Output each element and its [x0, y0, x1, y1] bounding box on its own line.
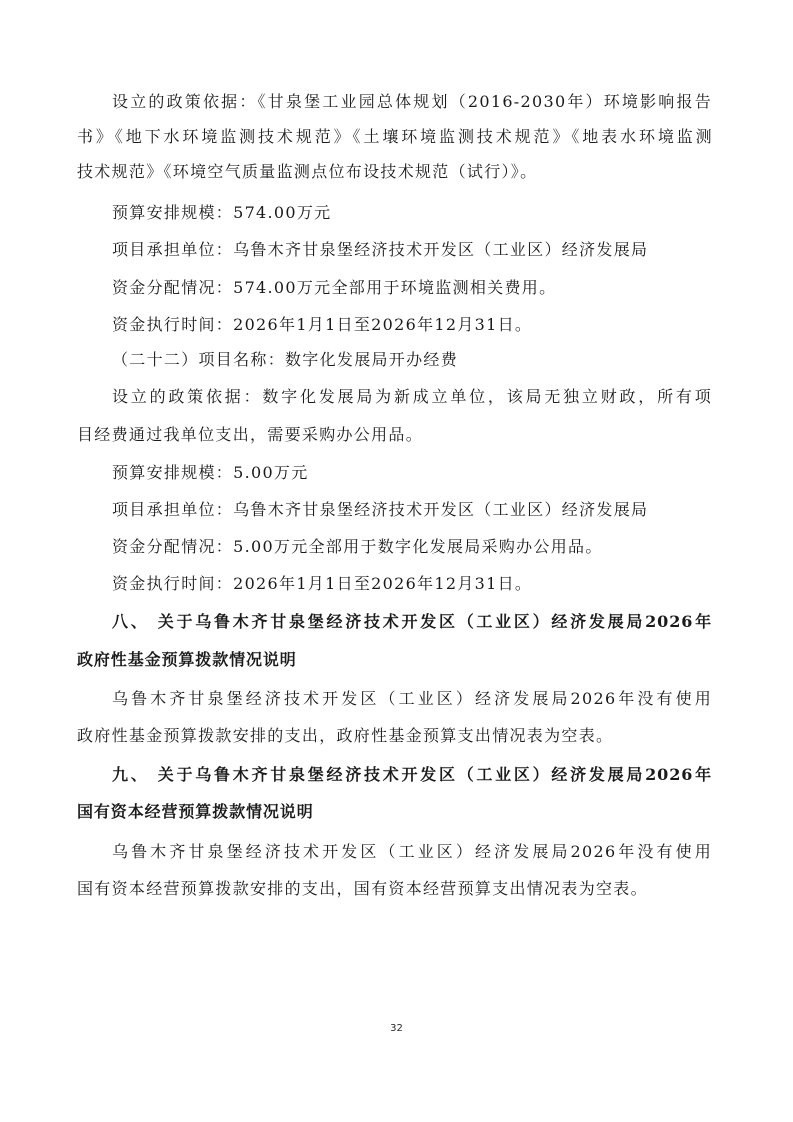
budget-scale: 预算安排规模：574.00万元 — [112, 203, 712, 223]
project-22-execution-time: 资金执行时间：2026年1月1日至2026年12月31日。 — [112, 574, 712, 594]
section-8-heading-line-1: 八、 关于乌鲁木齐甘泉堡经济技术开发区（工业区）经济发展局2026年 — [112, 612, 712, 632]
project-22-policy-line-2: 目经费通过我单位支出，需要采购办公用品。 — [77, 425, 713, 445]
section-8-body-line-2: 政府性基金预算拨款安排的支出，政府性基金预算支出情况表为空表。 — [77, 726, 713, 746]
section-9-body-line-1: 乌鲁木齐甘泉堡经济技术开发区（工业区）经济发展局2026年没有使用 — [112, 842, 712, 862]
responsible-unit: 项目承担单位：乌鲁木齐甘泉堡经济技术开发区（工业区）经济发展局 — [112, 240, 712, 260]
policy-basis-line-1: 设立的政策依据：《甘泉堡工业园总体规划（2016-2030年）环境影响报告 — [112, 92, 712, 112]
section-9-body-line-2: 国有资本经营预算拨款安排的支出，国有资本经营预算支出情况表为空表。 — [77, 879, 713, 899]
section-8-heading-line-2: 政府性基金预算拨款情况说明 — [77, 650, 713, 670]
project-22-title: （二十二）项目名称：数字化发展局开办经费 — [112, 350, 712, 370]
project-22-responsible-unit: 项目承担单位：乌鲁木齐甘泉堡经济技术开发区（工业区）经济发展局 — [112, 500, 712, 520]
section-8-body-line-1: 乌鲁木齐甘泉堡经济技术开发区（工业区）经济发展局2026年没有使用 — [112, 689, 712, 709]
execution-time: 资金执行时间：2026年1月1日至2026年12月31日。 — [112, 315, 712, 335]
section-9-heading-line-2: 国有资本经营预算拨款情况说明 — [77, 802, 713, 822]
page-number: 32 — [0, 1023, 793, 1034]
project-22-budget-scale: 预算安排规模：5.00万元 — [112, 463, 712, 483]
policy-basis-line-2: 书》《地下水环境监测技术规范》《土壤环境监测技术规范》《地表水环境监测 — [77, 127, 713, 147]
fund-allocation: 资金分配情况：574.00万元全部用于环境监测相关费用。 — [112, 278, 712, 298]
section-9-heading-line-1: 九、 关于乌鲁木齐甘泉堡经济技术开发区（工业区）经济发展局2026年 — [112, 765, 712, 785]
document-page: 设立的政策依据：《甘泉堡工业园总体规划（2016-2030年）环境影响报告 书》… — [0, 0, 793, 1122]
project-22-policy-line-1: 设立的政策依据：数字化发展局为新成立单位，该局无独立财政，所有项 — [112, 387, 712, 407]
project-22-fund-allocation: 资金分配情况：5.00万元全部用于数字化发展局采购办公用品。 — [112, 537, 712, 557]
policy-basis-line-3: 技术规范》《环境空气质量监测点位布设技术规范（试行）》。 — [77, 162, 713, 182]
